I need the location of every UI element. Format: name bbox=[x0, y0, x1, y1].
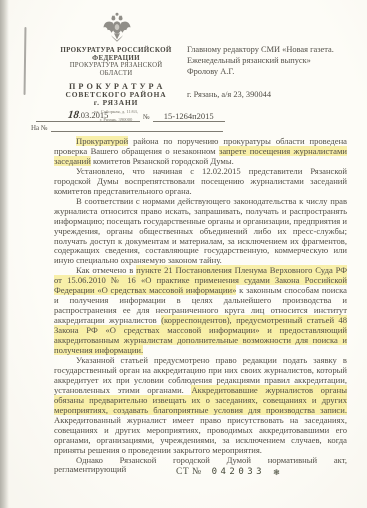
scanned-letter-page: ПРОКУРАТУРА РОССИЙСКОЙ ФЕДЕРАЦИИ ПРОКУРА… bbox=[0, 0, 367, 508]
date-and-number-row: 18.03.2015 № 15-1264п2015 bbox=[36, 109, 232, 122]
org-name-line4: ОБЛАСТИ bbox=[26, 70, 206, 77]
doc-number-field: 15-1264п2015 bbox=[153, 111, 225, 122]
paragraph: Как отмечено в пункте 21 Постановления П… bbox=[54, 266, 347, 356]
paragraph: Прокуратурой района по поручению прокура… bbox=[54, 137, 347, 167]
ref-blank-line bbox=[51, 131, 223, 132]
paragraph: В соответствии с нормами действующего за… bbox=[54, 197, 347, 267]
paragraph: Установлено, что начиная с 12.02.2015 пр… bbox=[54, 167, 347, 197]
coat-of-arms-icon bbox=[102, 9, 132, 44]
number-sign: № bbox=[140, 113, 153, 122]
addressee-name: Фролову А.Г. bbox=[187, 66, 357, 77]
addressee-line2: Еженедельный рязанский выпуск» bbox=[187, 55, 357, 66]
date-rest: .03.2015 bbox=[79, 110, 109, 120]
form-stamp: СТ № 042033 ❃ bbox=[176, 467, 280, 477]
addressee-postal: г. Рязань, а/я 23, 390044 bbox=[187, 89, 357, 100]
addressee-block: Главному редактору СМИ «Новая газета. Еж… bbox=[187, 44, 357, 100]
handwritten-day: 18 bbox=[67, 109, 79, 121]
date-field: 18.03.2015 bbox=[36, 109, 140, 122]
addressee-line1: Главному редактору СМИ «Новая газета. bbox=[187, 44, 357, 55]
ref-label: На № bbox=[31, 124, 48, 132]
letter-body: Прокуратурой района по поручению прокура… bbox=[54, 137, 347, 475]
stamp-mark-icon: ❃ bbox=[273, 468, 280, 477]
org-name-line3: ПРОКУРАТУРА РЯЗАНСКОЙ bbox=[26, 62, 206, 69]
office-city: г. РЯЗАНИ bbox=[26, 99, 206, 107]
scan-edge-shadow bbox=[0, 0, 9, 508]
paragraph: Указанной статьей предусмотрено право ре… bbox=[54, 356, 347, 456]
stamp-label: СТ № bbox=[176, 467, 202, 477]
reference-number-row: На № bbox=[31, 124, 223, 132]
stamp-number: 042033 bbox=[212, 467, 266, 477]
